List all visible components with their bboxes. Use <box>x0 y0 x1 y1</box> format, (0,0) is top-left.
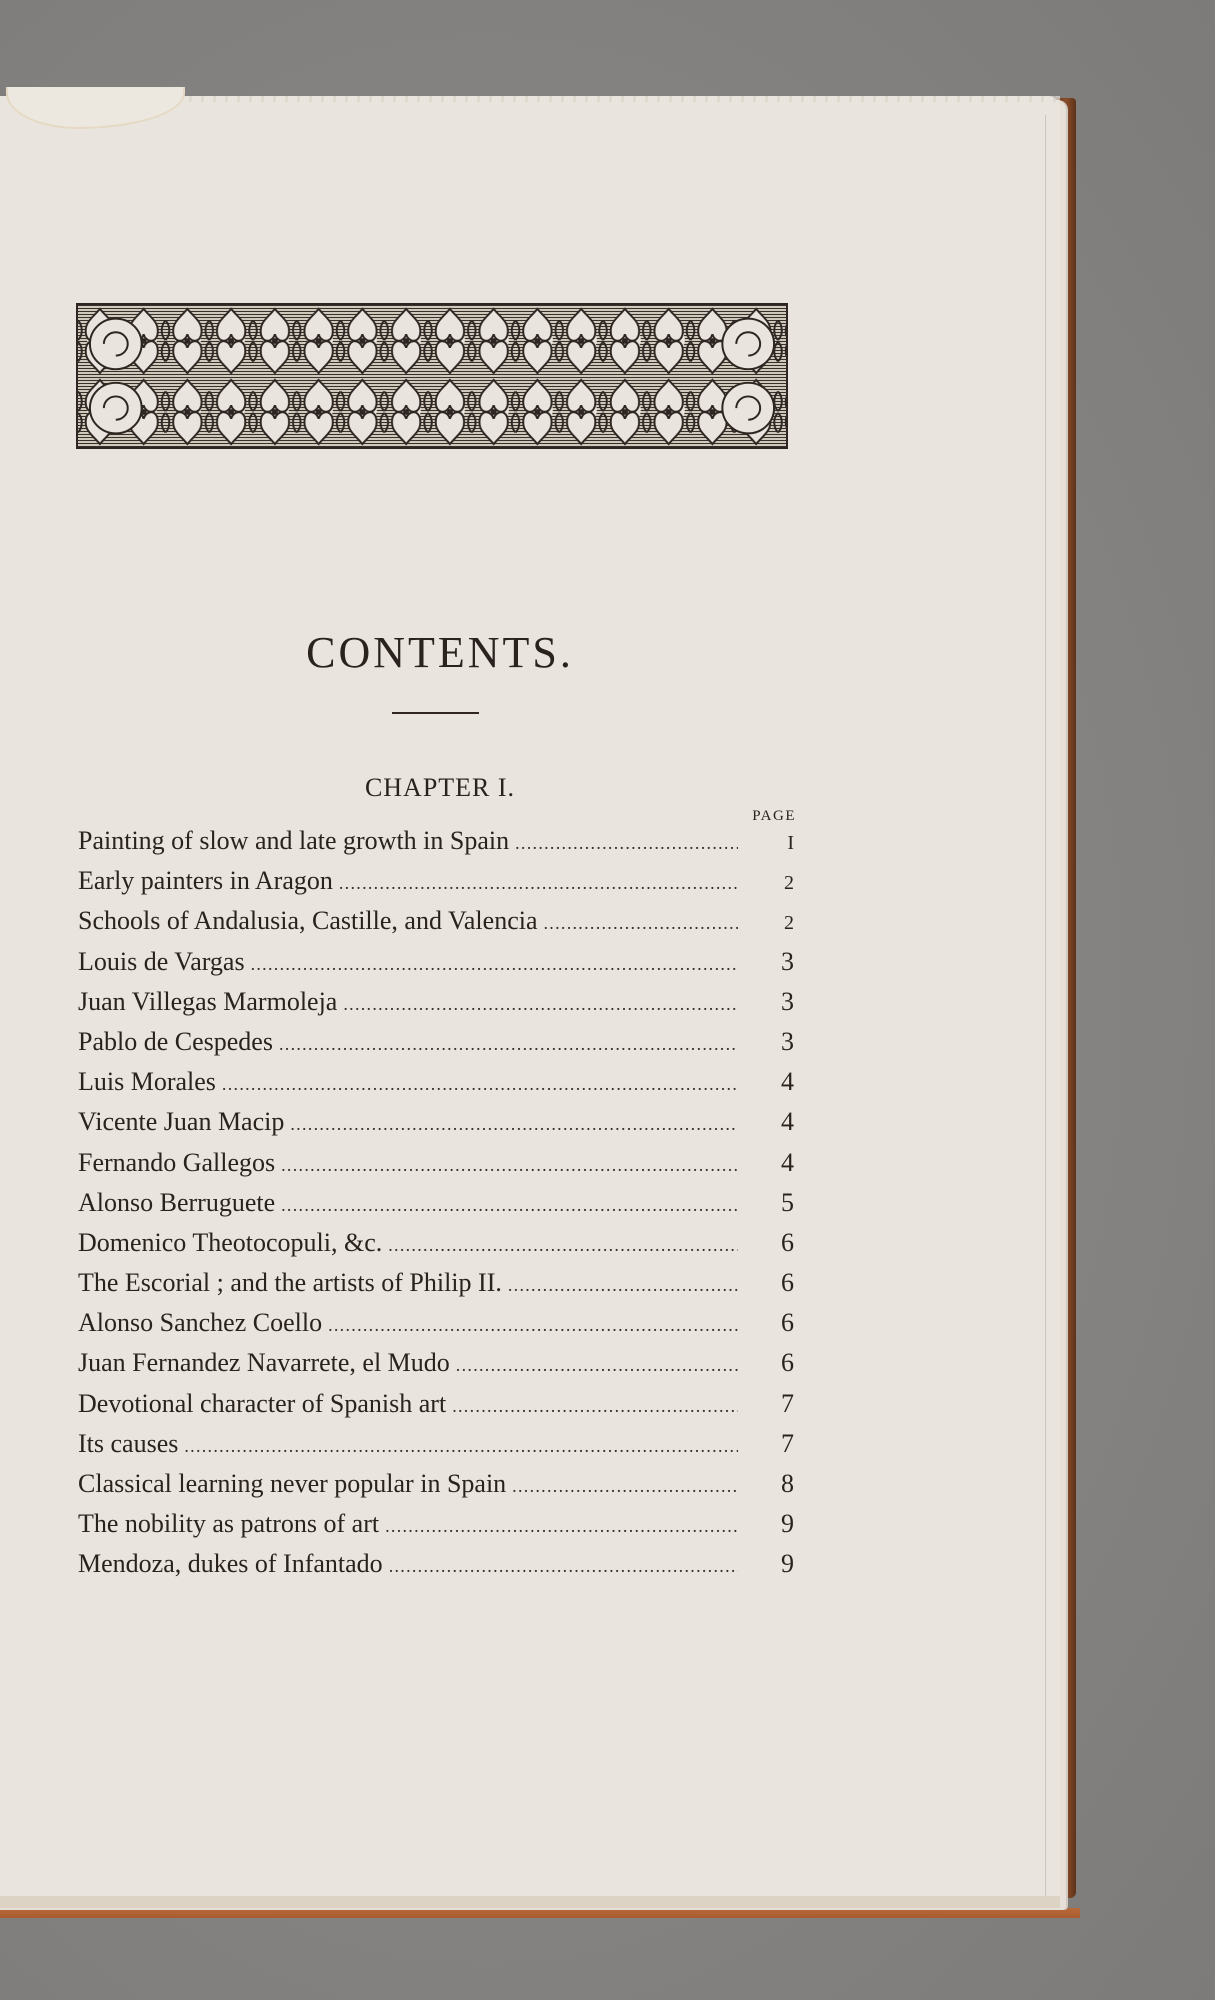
dot-leader <box>279 1034 738 1055</box>
toc-entry-title: Schools of Andalusia, Castille, and Vale… <box>78 906 544 936</box>
toc-entry-title: Domenico Theotocopuli, &c. <box>78 1228 388 1258</box>
toc-entry: Early painters in Aragon2 <box>78 866 794 906</box>
toc-entry-title: Mendoza, dukes of Infantado <box>78 1549 389 1579</box>
dot-leader <box>388 1235 738 1256</box>
toc-entry-page: 6 <box>772 1348 794 1378</box>
dot-leader <box>512 1476 738 1497</box>
toc-entry-page: 4 <box>772 1148 794 1178</box>
toc-entry: Classical learning never popular in Spai… <box>78 1469 794 1509</box>
title-rule-divider <box>392 712 479 714</box>
toc-entry: Luis Morales4 <box>78 1067 794 1107</box>
dot-leader <box>343 994 738 1015</box>
toc-entry-title: Alonso Berruguete <box>78 1188 281 1218</box>
toc-entry: Juan Fernandez Navarrete, el Mudo6 <box>78 1348 794 1388</box>
toc-entry: The Escorial ; and the artists of Philip… <box>78 1268 794 1308</box>
toc-entry-page: 2 <box>772 912 794 935</box>
toc-entry-title: Luis Morales <box>78 1067 222 1097</box>
toc-entry-title: Devotional character of Spanish art <box>78 1389 452 1419</box>
dot-leader <box>385 1516 738 1537</box>
dot-leader <box>281 1195 738 1216</box>
toc-entry-page: 6 <box>772 1268 794 1298</box>
toc-entry: Devotional character of Spanish art7 <box>78 1389 794 1429</box>
dot-leader <box>290 1114 738 1135</box>
page-column-label: PAGE <box>728 808 796 825</box>
dot-leader <box>281 1155 738 1176</box>
dot-leader <box>515 833 738 854</box>
toc-entry-page: 2 <box>772 872 794 895</box>
toc-entry-title: Alonso Sanchez Coello <box>78 1308 328 1338</box>
ornamental-header-band <box>76 303 788 449</box>
toc-entry-page: 4 <box>772 1107 794 1137</box>
toc-entry-title: Painting of slow and late growth in Spai… <box>78 826 515 856</box>
table-of-contents: Painting of slow and late growth in Spai… <box>78 826 794 1590</box>
toc-entry-title: Classical learning never popular in Spai… <box>78 1469 512 1499</box>
toc-entry-title: Juan Villegas Marmoleja <box>78 987 343 1017</box>
toc-entry: Schools of Andalusia, Castille, and Vale… <box>78 906 794 946</box>
toc-entry-page: 9 <box>772 1509 794 1539</box>
toc-entry-page: 6 <box>772 1228 794 1258</box>
toc-entry: Vicente Juan Macip4 <box>78 1107 794 1147</box>
toc-entry-page: 3 <box>772 947 794 977</box>
toc-entry-page: 6 <box>772 1308 794 1338</box>
toc-entry: The nobility as patrons of art9 <box>78 1509 794 1549</box>
dot-leader <box>389 1556 738 1577</box>
dot-leader <box>508 1275 738 1296</box>
dot-leader <box>456 1355 738 1376</box>
toc-entry-title: Juan Fernandez Navarrete, el Mudo <box>78 1348 456 1378</box>
toc-entry-title: The Escorial ; and the artists of Philip… <box>78 1268 508 1298</box>
toc-entry-page: 9 <box>772 1549 794 1579</box>
toc-entry: Its causes7 <box>78 1429 794 1469</box>
toc-entry: Fernando Gallegos4 <box>78 1148 794 1188</box>
toc-entry-title: Fernando Gallegos <box>78 1148 281 1178</box>
toc-entry-title: Louis de Vargas <box>78 947 251 977</box>
page-bottom-edge <box>0 1896 1060 1908</box>
toc-entry: Alonso Berruguete5 <box>78 1188 794 1228</box>
toc-entry: Louis de Vargas3 <box>78 947 794 987</box>
page-fold-line <box>1045 115 1046 1905</box>
dot-leader <box>328 1315 738 1336</box>
toc-entry-page: 7 <box>772 1429 794 1459</box>
toc-entry: Domenico Theotocopuli, &c.6 <box>78 1228 794 1268</box>
toc-entry-title: Vicente Juan Macip <box>78 1107 290 1137</box>
toc-entry-page: 3 <box>772 1027 794 1057</box>
dot-leader <box>339 873 738 894</box>
toc-entry-title: The nobility as patrons of art <box>78 1509 385 1539</box>
toc-entry: Painting of slow and late growth in Spai… <box>78 826 794 866</box>
toc-entry: Alonso Sanchez Coello6 <box>78 1308 794 1348</box>
page-title: CONTENTS. <box>0 627 880 678</box>
dot-leader <box>544 913 739 934</box>
toc-entry-title: Pablo de Cespedes <box>78 1027 279 1057</box>
toc-entry-page: 7 <box>772 1389 794 1419</box>
toc-entry: Juan Villegas Marmoleja3 <box>78 987 794 1027</box>
chapter-heading: CHAPTER I. <box>0 773 880 803</box>
dot-leader <box>452 1396 738 1417</box>
toc-entry-page: I <box>772 832 794 855</box>
toc-entry-page: 4 <box>772 1067 794 1097</box>
toc-entry: Mendoza, dukes of Infantado9 <box>78 1549 794 1589</box>
toc-entry-page: 8 <box>772 1469 794 1499</box>
dot-leader <box>184 1436 738 1457</box>
toc-entry-title: Early painters in Aragon <box>78 866 339 896</box>
toc-entry-page: 3 <box>772 987 794 1017</box>
dot-leader <box>251 954 738 975</box>
toc-entry-page: 5 <box>772 1188 794 1218</box>
toc-entry-title: Its causes <box>78 1429 184 1459</box>
ornament-pattern-icon <box>78 305 786 447</box>
toc-entry: Pablo de Cespedes3 <box>78 1027 794 1067</box>
dot-leader <box>222 1074 738 1095</box>
